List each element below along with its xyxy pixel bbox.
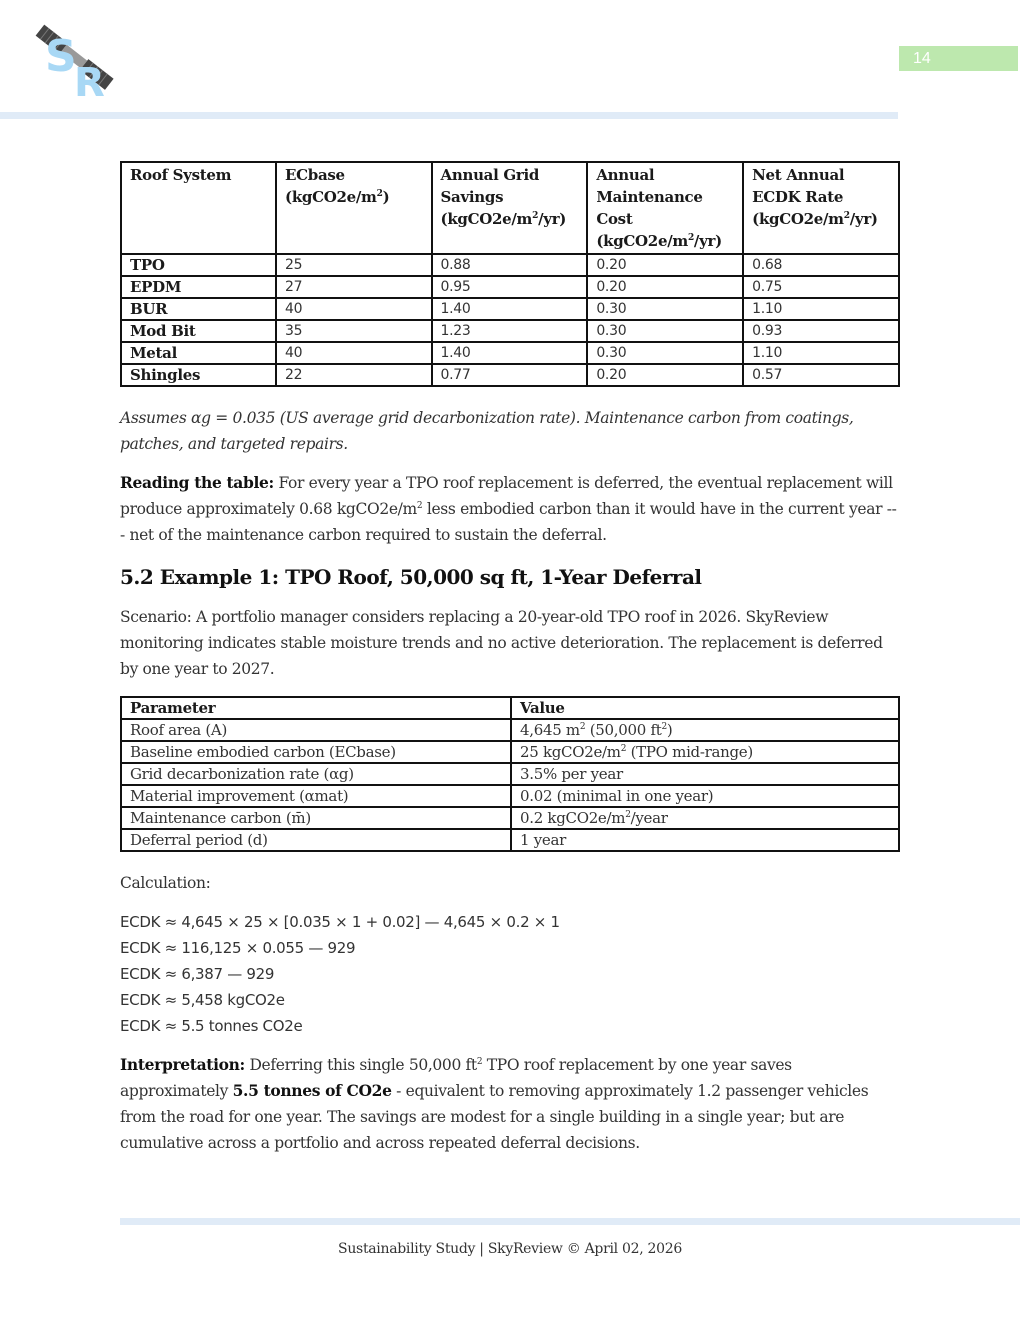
table-row: BUR401.400.301.10 — [121, 298, 899, 320]
value-cell: 1.10 — [743, 298, 899, 320]
table-row: Material improvement (αmat)0.02 (minimal… — [121, 785, 899, 807]
value-cell: 3.5% per year — [511, 763, 899, 785]
parameter-cell: Roof area (A) — [121, 719, 511, 741]
value-cell: 1.10 — [743, 342, 899, 364]
value-cell: 27 — [276, 276, 432, 298]
section-heading: 5.2 Example 1: TPO Roof, 50,000 sq ft, 1… — [120, 562, 900, 592]
interpretation-label: Interpretation: — [120, 1055, 245, 1074]
parameter-table: Parameter Value Roof area (A)4,645 m2 (5… — [120, 696, 900, 852]
value-cell: 1.40 — [432, 298, 588, 320]
calculation-line: ECDK ≈ 5.5 tonnes CO2e — [120, 1013, 900, 1039]
roof-system-cell: TPO — [121, 254, 276, 276]
table-header-row: Parameter Value — [121, 697, 899, 719]
value-cell: 0.68 — [743, 254, 899, 276]
value-cell: 40 — [276, 342, 432, 364]
table-header-row: Roof System ECbase (kgCO2e/m2) Annual Gr… — [121, 162, 899, 254]
satellite-logo-icon: S R — [28, 16, 120, 100]
roof-system-cell: Mod Bit — [121, 320, 276, 342]
table-row: TPO250.880.200.68 — [121, 254, 899, 276]
footer-divider — [120, 1218, 1020, 1225]
value-cell: 0.02 (minimal in one year) — [511, 785, 899, 807]
calculation-block: ECDK ≈ 4,645 × 25 × [0.035 × 1 + 0.02] —… — [120, 909, 900, 1039]
page-content: Roof System ECbase (kgCO2e/m2) Annual Gr… — [120, 161, 900, 1156]
value-cell: 0.20 — [587, 276, 743, 298]
calculation-line: ECDK ≈ 5,458 kgCO2e — [120, 987, 900, 1013]
value-cell: 0.57 — [743, 364, 899, 386]
value-cell: 0.75 — [743, 276, 899, 298]
roof-system-cell: Shingles — [121, 364, 276, 386]
parameter-cell: Baseline embodied carbon (ECbase) — [121, 741, 511, 763]
value-cell: 0.20 — [587, 254, 743, 276]
roof-system-cell: Metal — [121, 342, 276, 364]
table-row: Deferral period (d)1 year — [121, 829, 899, 851]
parameter-cell: Grid decarbonization rate (αg) — [121, 763, 511, 785]
roof-system-cell: BUR — [121, 298, 276, 320]
interpretation-paragraph: Interpretation: Deferring this single 50… — [120, 1052, 900, 1156]
roof-system-cell: EPDM — [121, 276, 276, 298]
header-roof-system: Roof System — [121, 162, 276, 254]
header-net-ecdk-rate: Net Annual ECDK Rate (kgCO2e/m2/yr) — [743, 162, 899, 254]
value-cell: 35 — [276, 320, 432, 342]
parameter-cell: Deferral period (d) — [121, 829, 511, 851]
reading-label: Reading the table: — [120, 473, 274, 492]
value-cell: 0.93 — [743, 320, 899, 342]
header-grid-savings: Annual Grid Savings (kgCO2e/m2/yr) — [432, 162, 588, 254]
value-cell: 0.30 — [587, 298, 743, 320]
calculation-line: ECDK ≈ 116,125 × 0.055 — 929 — [120, 935, 900, 961]
value-cell: 0.77 — [432, 364, 588, 386]
table-row: Mod Bit351.230.300.93 — [121, 320, 899, 342]
header-divider — [0, 112, 898, 119]
header-maintenance-cost: Annual Maintenance Cost (kgCO2e/m2/yr) — [587, 162, 743, 254]
value-cell: 1 year — [511, 829, 899, 851]
page-number: 14 — [899, 46, 1018, 71]
table-row: Metal401.400.301.10 — [121, 342, 899, 364]
value-cell: 0.20 — [587, 364, 743, 386]
calculation-line: ECDK ≈ 4,645 × 25 × [0.035 × 1 + 0.02] —… — [120, 909, 900, 935]
table-row: Roof area (A)4,645 m2 (50,000 ft2) — [121, 719, 899, 741]
table-row: Grid decarbonization rate (αg)3.5% per y… — [121, 763, 899, 785]
parameter-cell: Material improvement (αmat) — [121, 785, 511, 807]
value-cell: 22 — [276, 364, 432, 386]
table-row: Baseline embodied carbon (ECbase)25 kgCO… — [121, 741, 899, 763]
value-cell: 25 — [276, 254, 432, 276]
reading-paragraph: Reading the table: For every year a TPO … — [120, 470, 900, 548]
table-row: EPDM270.950.200.75 — [121, 276, 899, 298]
calculation-label: Calculation: — [120, 870, 900, 896]
scenario-paragraph: Scenario: A portfolio manager considers … — [120, 604, 900, 682]
value-cell: 40 — [276, 298, 432, 320]
footer-text: Sustainability Study | SkyReview © April… — [0, 1241, 1020, 1257]
value-cell: 0.88 — [432, 254, 588, 276]
header-value: Value — [511, 697, 899, 719]
svg-text:R: R — [74, 60, 105, 100]
skyreview-logo: S R — [28, 16, 120, 100]
table-row: Shingles220.770.200.57 — [121, 364, 899, 386]
value-cell: 0.95 — [432, 276, 588, 298]
value-cell: 0.30 — [587, 320, 743, 342]
savings-highlight: 5.5 tonnes of CO2e — [233, 1081, 392, 1100]
header-parameter: Parameter — [121, 697, 511, 719]
value-cell: 4,645 m2 (50,000 ft2) — [511, 719, 899, 741]
value-cell: 1.40 — [432, 342, 588, 364]
header-ecbase: ECbase (kgCO2e/m2) — [276, 162, 432, 254]
value-cell: 1.23 — [432, 320, 588, 342]
value-cell: 25 kgCO2e/m2 (TPO mid-range) — [511, 741, 899, 763]
table-note: Assumes αg = 0.035 (US average grid deca… — [120, 405, 900, 457]
value-cell: 0.30 — [587, 342, 743, 364]
svg-text:S: S — [45, 31, 77, 82]
value-cell: 0.2 kgCO2e/m2/year — [511, 807, 899, 829]
roof-system-table: Roof System ECbase (kgCO2e/m2) Annual Gr… — [120, 161, 900, 387]
table-row: Maintenance carbon (m̄)0.2 kgCO2e/m2/yea… — [121, 807, 899, 829]
calculation-line: ECDK ≈ 6,387 — 929 — [120, 961, 900, 987]
parameter-cell: Maintenance carbon (m̄) — [121, 807, 511, 829]
